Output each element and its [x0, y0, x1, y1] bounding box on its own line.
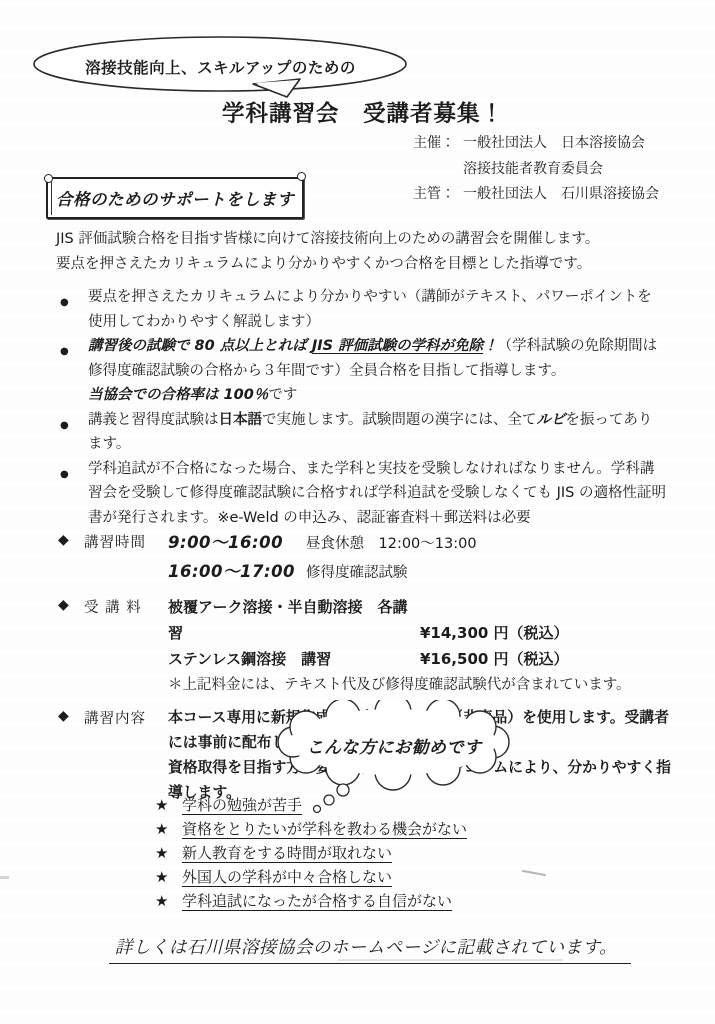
- pass-rate-bold: 当協会での合格率は 100％: [88, 387, 268, 403]
- time-row: 9:00～16:00昼食休憩 12:00～13:00: [168, 529, 680, 558]
- support-banner: 合格のためのサポートをします: [46, 177, 304, 219]
- star-icon: ★: [155, 890, 182, 914]
- pass-rate-tail: です: [268, 387, 297, 403]
- section-label: 受 講 料: [84, 594, 162, 617]
- time-row: 16:00～17:00修得度確認試験: [168, 558, 680, 587]
- list-item: ★ 外国人の学科が中々合格しない: [155, 866, 467, 890]
- organizer-label: 主催：: [413, 131, 463, 157]
- star-icon: ★: [155, 866, 182, 890]
- section-label: 講習時間: [84, 529, 162, 552]
- manager-row: 主管： 一般社団法人 石川県溶接協会: [413, 182, 659, 208]
- language-seg-3: で実施します。試験問題の漢字には、全て: [262, 412, 536, 428]
- exam-exemption-bold: 講習後の試験で 80 点以上とれば: [88, 338, 312, 354]
- scan-artifact: [338, 959, 563, 961]
- bullet-icon: ●: [60, 457, 88, 488]
- list-item: ● 講習後の試験で 80 点以上とれば JIS 評価試験の学科が免除！（学科試験…: [60, 334, 666, 408]
- recommend-item: 外国人の学科が中々合格しない: [182, 866, 392, 890]
- organizer-block: 主催： 一般社団法人 日本溶接協会 溶接技能者教育委員会 主管： 一般社団法人 …: [413, 131, 659, 208]
- fee-course-1: 被覆アーク溶接・半自動溶接 各講習: [168, 594, 420, 646]
- diamond-icon: ◆: [58, 705, 84, 724]
- star-icon: ★: [155, 818, 182, 842]
- scan-artifact: [522, 870, 546, 876]
- language-seg-1: 講義と習得度試験は: [88, 412, 219, 428]
- bullet-text: 講習後の試験で 80 点以上とれば JIS 評価試験の学科が免除！（学科試験の免…: [88, 334, 666, 408]
- organizer-row: 主催： 一般社団法人 日本溶接協会: [413, 131, 659, 157]
- star-icon: ★: [155, 794, 182, 818]
- list-item: ● 学科追試が不合格になった場合、また学科と実技を受験しなければなりません。学科…: [60, 457, 666, 531]
- bubble-catchphrase: 溶接技能向上、スキルアップのための: [28, 56, 413, 78]
- time-slot-2-desc: 修得度確認試験: [306, 565, 408, 581]
- list-item: ● 要点を押さえたカリキュラムにより分かりやすい（講師がテキスト、パワーポイント…: [60, 285, 666, 334]
- bullet-icon: ●: [60, 334, 88, 365]
- section-course-time: ◆ 講習時間 9:00～16:00昼食休憩 12:00～13:00 16:00～…: [58, 529, 680, 587]
- bullet-text: 学科追試が不合格になった場合、また学科と実技を受験しなければなりません。学科講習…: [88, 457, 666, 531]
- intro-line-2: 要点を押さえたカリキュラムにより分かりやすくかつ合格を目標とした指導です。: [56, 252, 672, 277]
- pass-rate-line: 当協会での合格率は 100％です: [88, 383, 666, 408]
- fee-row: ステンレス鋼溶接 講習¥16,500 円（税込）: [168, 646, 680, 672]
- fee-course-2: ステンレス鋼溶接 講習: [168, 646, 420, 672]
- time-slot-1-desc: 昼食休憩 12:00～13:00: [306, 536, 477, 552]
- scanned-flyer-page: 溶接技能向上、スキルアップのための 学科講習会 受講者募集！ 主催： 一般社団法…: [0, 0, 715, 1024]
- intro-line-1: JIS 評価試験合格を目指す皆様に向けて溶接技術向上のための講習会を開催します。: [56, 227, 672, 252]
- exam-exemption-underline: JIS 評価試験の学科が免除: [312, 338, 483, 354]
- bullet-text: 要点を押さえたカリキュラムにより分かりやすい（講師がテキスト、パワーポイントを使…: [88, 285, 666, 334]
- manager-label: 主管：: [413, 182, 463, 208]
- bullet-icon: ●: [60, 408, 88, 439]
- bullet-text: 講義と習得度試験は日本語で実施します。試験問題の漢字には、全てルビを振ってありま…: [88, 408, 666, 457]
- recommend-item: 新人教育をする時間が取れない: [182, 842, 392, 866]
- section-course-fee: ◆ 受 講 料 被覆アーク溶接・半自動溶接 各講習¥14,300 円（税込） ス…: [58, 594, 680, 698]
- fee-note: ＊上記料金には、テキスト代及び修得度確認試験代が含まれています。: [168, 673, 680, 698]
- diamond-icon: ◆: [58, 529, 84, 548]
- recommend-item: 資格をとりたいが学科を教わる機会がない: [182, 818, 467, 842]
- list-item: ★ 資格をとりたいが学科を教わる機会がない: [155, 818, 467, 842]
- list-item: ★ 学科追試になったが合格する自信がない: [155, 890, 467, 914]
- exam-exemption-exclaim: ！: [483, 338, 498, 354]
- list-item: ● 講義と習得度試験は日本語で実施します。試験問題の漢字には、全てルビを振ってあ…: [60, 408, 666, 457]
- section-content: 被覆アーク溶接・半自動溶接 各講習¥14,300 円（税込） ステンレス鋼溶接 …: [168, 594, 680, 698]
- time-slot-2: 16:00～17:00: [168, 558, 306, 585]
- organizer-sub: 溶接技能者教育委員会: [463, 157, 659, 183]
- scroll-roll-edge: [51, 181, 55, 215]
- ruby-bold: ルビ: [536, 412, 565, 428]
- list-item: ★ 学科の勉強が苦手: [155, 794, 467, 818]
- diamond-icon: ◆: [58, 594, 84, 613]
- fee-price-1: ¥14,300 円（税込）: [420, 624, 569, 642]
- support-banner-text: 合格のためのサポートをします: [56, 186, 294, 210]
- feature-bullet-list: ● 要点を押さえたカリキュラムにより分かりやすい（講師がテキスト、パワーポイント…: [60, 285, 666, 530]
- cloud-heading: こんな方にお勧めです: [263, 733, 525, 758]
- intro-paragraph: JIS 評価試験合格を目指す皆様に向けて溶接技術向上のための講習会を開催します。…: [56, 227, 672, 277]
- language-japanese-bold: 日本語: [219, 412, 263, 428]
- star-icon: ★: [155, 842, 182, 866]
- recommend-item: 学科追試になったが合格する自信がない: [182, 890, 452, 914]
- time-slot-1: 9:00～16:00: [168, 529, 306, 556]
- section-content: 9:00～16:00昼食休憩 12:00～13:00 16:00～17:00修得…: [168, 529, 680, 587]
- page-title: 学科講習会 受講者募集！: [222, 96, 504, 128]
- fee-price-2: ¥16,500 円（税込）: [420, 650, 569, 668]
- list-item: ★ 新人教育をする時間が取れない: [155, 842, 467, 866]
- bullet-icon: ●: [60, 285, 88, 316]
- recommend-item: 学科の勉強が苦手: [182, 794, 302, 818]
- scroll-curl-icon: [297, 172, 306, 181]
- recommend-list: ★ 学科の勉強が苦手 ★ 資格をとりたいが学科を教わる機会がない ★ 新人教育を…: [155, 794, 467, 914]
- section-label: 講習内容: [84, 705, 162, 728]
- fee-row: 被覆アーク溶接・半自動溶接 各講習¥14,300 円（税込）: [168, 594, 680, 646]
- manager-name: 一般社団法人 石川県溶接協会: [463, 182, 659, 208]
- organizer-name: 一般社団法人 日本溶接協会: [463, 131, 645, 157]
- scan-artifact: [0, 876, 9, 879]
